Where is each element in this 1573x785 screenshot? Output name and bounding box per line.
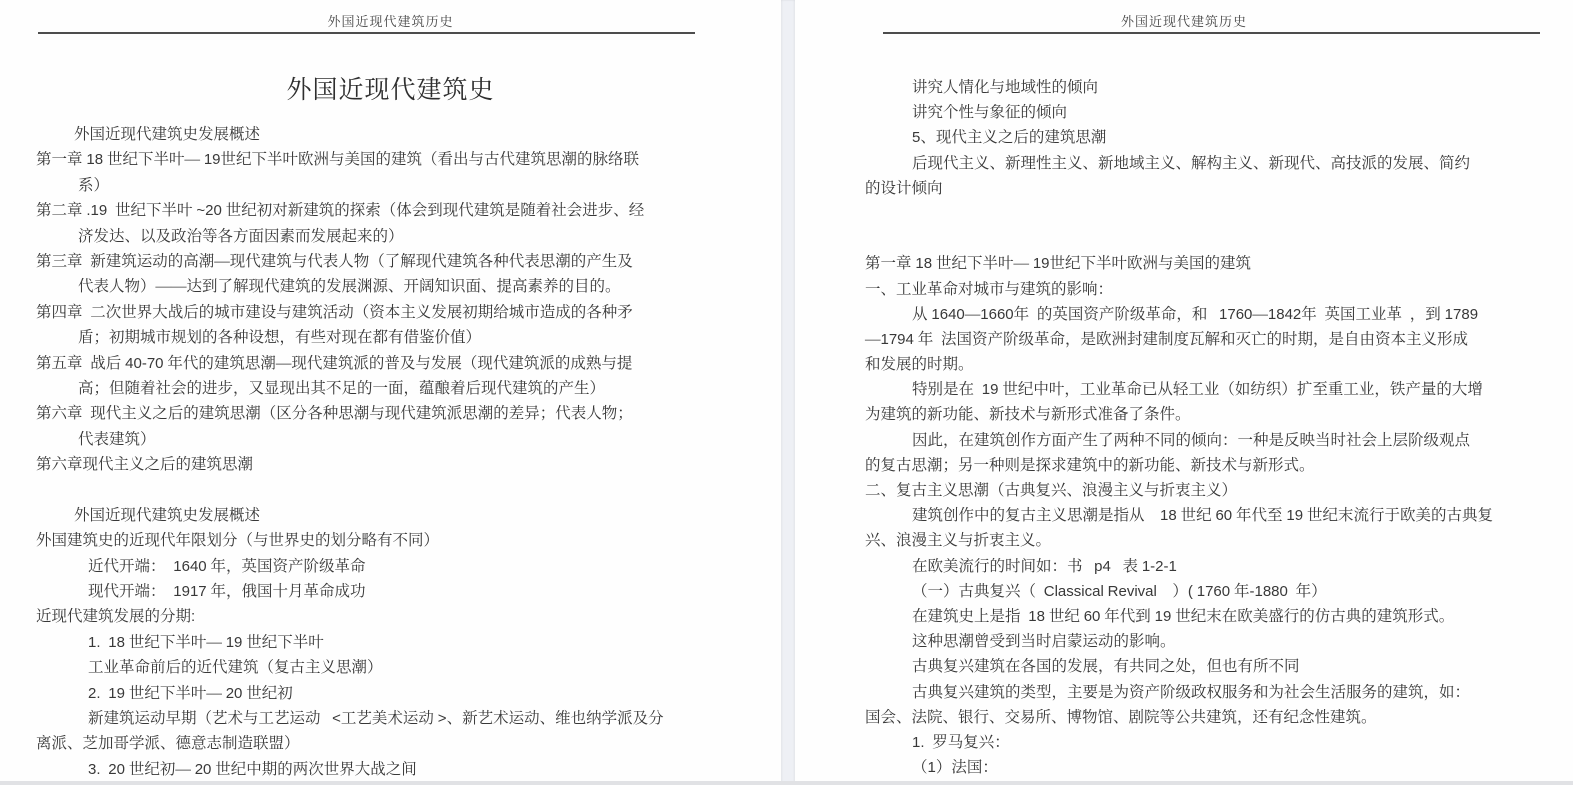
latin-text: 1-2-1 [1142,558,1177,575]
page-gap [781,0,795,785]
text-line: 代表建筑） [36,427,766,452]
latin-text: 1 [928,759,936,776]
running-header: 外国近现代建筑历史 [0,11,781,30]
text-line: 国会、法院、银行、交易所、博物馆、剧院等公共建筑，还有纪念性建筑。 [865,705,1565,730]
latin-text: 60 [1215,507,1232,524]
text-line: 二、复古主义思潮（古典复兴、浪漫主义与折衷主义） [865,478,1565,503]
text-line: 高；但随着社会的进步，又显现出其不足的一面，蕴酿着后现代建筑的产生） [36,376,766,401]
header-rule [883,32,1540,34]
latin-text: 20 [108,761,125,778]
latin-text: 1. [912,734,925,751]
text-line: 第四章 二次世界大战后的城市建设与建筑活动（资本主义发展初期给城市造成的各种矛 [36,300,766,325]
text-line: 1. 罗马复兴： [865,730,1565,755]
text-line [36,477,766,502]
latin-text: ~20 [196,202,221,219]
document-title: 外国近现代建筑史 [0,70,781,106]
text-line: 盾；初期城市规划的各种设想，有些对现在都有借鉴价值） [36,325,766,350]
text-line: 的设计倾向 [865,176,1565,201]
text-line: 外国建筑史的近现代年限划分（与世界史的划分略有不同） [36,528,766,553]
text-line: 外国近现代建筑史发展概述 [36,503,766,528]
text-line: 在欧美流行的时间如：书 p4 表 1-2-1 [865,554,1565,579]
latin-text: Revival [1108,583,1157,600]
latin-text: 1760 [1197,583,1230,600]
text-line: 近代开端： 1640 年，英国资产阶级革命 [36,554,766,579]
page-body-left: 外国近现代建筑史发展概述第一章 18 世纪下半叶— 19世纪下半叶欧洲与美国的建… [36,122,766,782]
latin-text: 18 [915,255,932,272]
text-line: 和发展的时期。 [865,352,1565,377]
text-line: 在建筑史上是指 18 世纪 60 年代到 19 世纪末在欧美盛行的仿古典的建筑形… [865,604,1565,629]
latin-text: 60 [1084,608,1101,625]
running-header: 外国近现代建筑历史 [795,11,1573,30]
latin-text: 1640 [173,558,206,575]
latin-text: > [438,710,447,727]
latin-text: Classical [1044,583,1104,600]
latin-text: 1760 [1219,306,1252,323]
latin-text: 1640 [931,306,964,323]
text-line: 讲究个性与象征的倾向 [865,100,1565,125]
latin-text: 18 [86,151,103,168]
latin-text: 3. [88,761,101,778]
text-line: 第三章 新建筑运动的高潮—现代建筑与代表人物（了解现代建筑各种代表思潮的产生及 [36,249,766,274]
latin-text: 1789 [1445,306,1478,323]
text-line: —1794 年 法国资产阶级革命，是欧洲封建制度瓦解和灭亡的时期，是自由资本主义… [865,327,1565,352]
latin-text: -1880 [1250,583,1288,600]
window-bottom-edge [0,781,1573,785]
text-line: 的复古思潮；另一种则是探求建筑中的新功能、新技术与新形式。 [865,453,1565,478]
text-line: 古典复兴建筑在各国的发展，有共同之处，但也有所不同 [865,654,1565,679]
text-line: 现代开端： 1917 年，俄国十月革命成功 [36,579,766,604]
text-line: 工业革命前后的近代建筑（复古主义思潮） [36,655,766,680]
document-page-left: 外国近现代建筑历史 外国近现代建筑史 外国近现代建筑史发展概述第一章 18 世纪… [0,0,781,785]
latin-text: p4 [1094,558,1111,575]
text-line: 第六章 现代主义之后的建筑思潮（区分各种思潮与现代建筑派思潮的差异；代表人物； [36,401,766,426]
latin-text: 1660 [980,306,1013,323]
latin-text: 1794 [881,331,914,348]
header-rule [38,32,695,34]
text-line: 1. 18 世纪下半叶— 19 世纪下半叶 [36,630,766,655]
text-line: 新建筑运动早期（艺术与工艺运动 <工艺美术运动 >、新艺术运动、维也纳学派及分 [36,706,766,731]
text-line: 济发达、以及政治等各方面因素而发展起来的） [36,224,766,249]
text-line: 离派、芝加哥学派、德意志制造联盟） [36,731,766,756]
text-line: （一）古典复兴（ Classical Revival ）( 1760 年-188… [865,579,1565,604]
text-line [865,226,1565,251]
latin-text: 18 [1160,507,1177,524]
text-line: 特别是在 19 世纪中叶，工业革命已从轻工业（如纺织）扩至重工业，铁产量的大增 [865,377,1565,402]
latin-text: 20 [195,761,212,778]
text-line: 3. 20 世纪初— 20 世纪中期的两次世界大战之间 [36,757,766,782]
latin-text: 19 [1033,255,1050,272]
latin-text: ( [1188,583,1193,600]
latin-text: 18 [1028,608,1045,625]
latin-text: 18 [108,634,125,651]
text-line: 为建筑的新功能、新技术与新形式准备了条件。 [865,402,1565,427]
text-line: 第一章 18 世纪下半叶— 19世纪下半叶欧洲与美国的建筑 [865,251,1565,276]
text-line: 讲究人情化与地域性的倾向 [865,75,1565,100]
latin-text: 1917 [173,583,206,600]
latin-text: 19 [982,381,999,398]
text-line: 一、工业革命对城市与建筑的影响： [865,277,1565,302]
latin-text: 1. [88,634,101,651]
latin-text: 19 [1286,507,1303,524]
text-line: 古典复兴建筑的类型，主要是为资产阶级政权服务和为社会生活服务的建筑，如： [865,680,1565,705]
text-line: 后现代主义、新理性主义、新地域主义、解构主义、新现代、高技派的发展、简约 [865,151,1565,176]
text-line [865,201,1565,226]
text-line: 2. 19 世纪下半叶— 20 世纪初 [36,681,766,706]
latin-text: 19 [204,151,221,168]
text-line: 系） [36,173,766,198]
text-line: 第二章 .19 世纪下半叶 ~20 世纪初对新建筑的探索（体会到现代建筑是随着社… [36,198,766,223]
text-line: 第六章现代主义之后的建筑思潮 [36,452,766,477]
latin-text: 2. [88,685,101,702]
text-line: 代表人物）——达到了解现代建筑的发展渊源、开阔知识面、提高素养的目的。 [36,274,766,299]
text-line: 兴、浪漫主义与折衷主义。 [865,528,1565,553]
latin-text: 19 [226,634,243,651]
latin-text: < [332,710,341,727]
text-line: 这种思潮曾受到当时启蒙运动的影响。 [865,629,1565,654]
latin-text: : [191,608,195,625]
text-line: 外国近现代建筑史发展概述 [36,122,766,147]
text-line: 第一章 18 世纪下半叶— 19世纪下半叶欧洲与美国的建筑（看出与古代建筑思潮的… [36,147,766,172]
latin-text: 19 [1155,608,1172,625]
text-line: 建筑创作中的复古主义思潮是指从 18 世纪 60 年代至 19 世纪末流行于欧美… [865,503,1565,528]
text-line: 因此，在建筑创作方面产生了两种不同的倾向：一种是反映当时社会上层阶级观点 [865,428,1565,453]
document-page-right: 外国近现代建筑历史 讲究人情化与地域性的倾向讲究个性与象征的倾向5、现代主义之后… [795,0,1573,785]
page-body-right: 讲究人情化与地域性的倾向讲究个性与象征的倾向5、现代主义之后的建筑思潮后现代主义… [865,75,1565,780]
text-line: （1）法国： [865,755,1565,780]
latin-text: 1842 [1268,306,1301,323]
text-line: 第五章 战后 40-70 年代的建筑思潮—现代建筑派的普及与发展（现代建筑派的成… [36,351,766,376]
text-line: 从 1640—1660年 的英国资产阶级革命，和 1760—1842年 英国工业… [865,302,1565,327]
text-line: 5、现代主义之后的建筑思潮 [865,125,1565,150]
text-line: 近现代建筑发展的分期: [36,604,766,629]
latin-text: 5 [912,129,920,146]
document-viewer: 外国近现代建筑历史 外国近现代建筑史 外国近现代建筑史发展概述第一章 18 世纪… [0,0,1573,785]
latin-text: .19 [86,202,107,219]
latin-text: 20 [226,685,243,702]
latin-text: 19 [108,685,125,702]
latin-text: 40-70 [125,355,163,372]
